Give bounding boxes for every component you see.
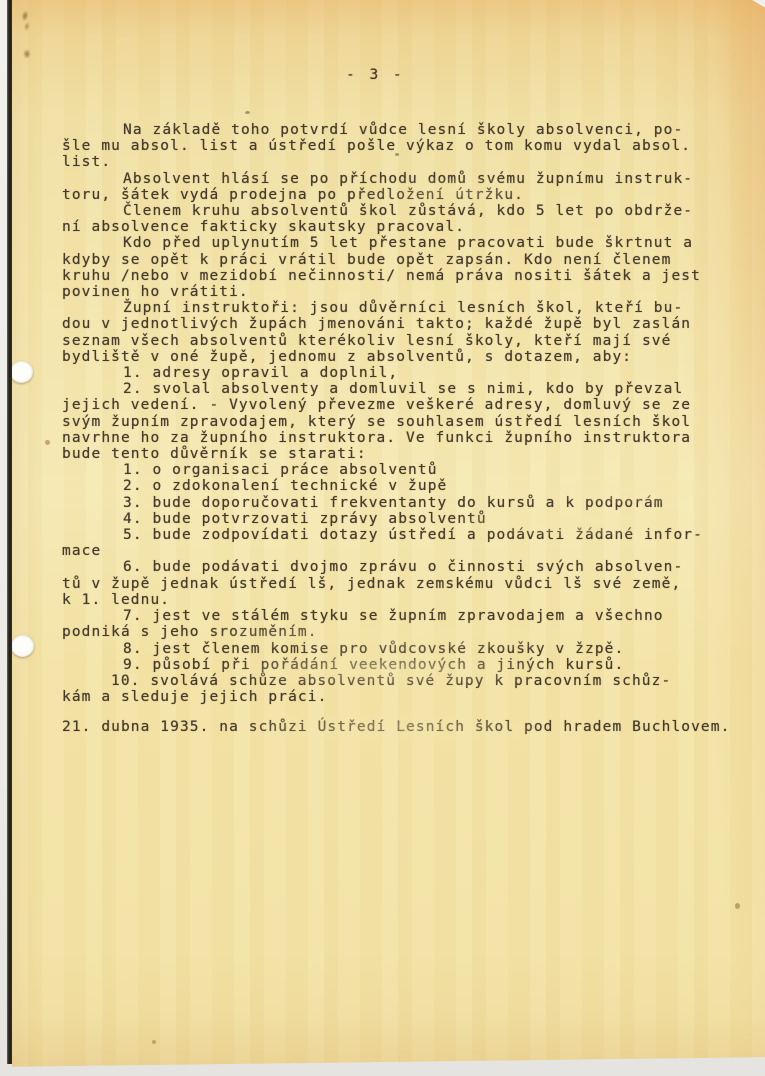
paper-sheet: - 3 - Na základě toho potvrdí vůdce lesn… bbox=[12, 0, 765, 1070]
document-text: Na základě toho potvrdí vůdce lesní škol… bbox=[62, 122, 703, 705]
text-line: 7. jest ve stálém styku se župním zpravo… bbox=[62, 608, 703, 624]
text-line: mace bbox=[62, 543, 703, 559]
text-line: tů v župě jednak ústředí lš, jednak zems… bbox=[62, 576, 703, 592]
text-line: 1. o organisaci práce absolventů bbox=[62, 462, 703, 478]
text-line: 9. působí při pořádání veekendových a ji… bbox=[62, 657, 703, 673]
text-line: povinen ho vrátiti. bbox=[62, 284, 703, 300]
paper-speck bbox=[245, 111, 250, 114]
date-line: 21. dubna 1935. na schůzi Ústředí Lesníc… bbox=[62, 719, 730, 735]
text-line: 4. bude potvrzovati zprávy absolventů bbox=[62, 511, 703, 527]
text-line: bydliště v oné župě, jednomu z absolvent… bbox=[62, 349, 703, 365]
paper-speck bbox=[395, 153, 399, 156]
text-line: k 1. lednu. bbox=[62, 592, 703, 608]
text-line: Na základě toho potvrdí vůdce lesní škol… bbox=[62, 122, 703, 138]
punch-hole bbox=[10, 361, 33, 383]
text-line: 3. bude doporučovati frekventanty do kur… bbox=[62, 495, 703, 511]
text-line: 10. svolává schůze absolventů své župy k… bbox=[62, 673, 703, 689]
text-line: šle mu absol. list a ústředí pošle výkaz… bbox=[62, 138, 703, 154]
text-line: toru, šátek vydá prodejna po předložení … bbox=[62, 187, 703, 203]
text-line: 8. jest členem komise pro vůdcovské zkou… bbox=[62, 641, 703, 657]
text-line: kdyby se opět k práci vrátil bude opět z… bbox=[62, 252, 703, 268]
scanned-document-page: - 3 - Na základě toho potvrdí vůdce lesn… bbox=[0, 0, 765, 1076]
text-line: kruhu /nebo v mezidobí nečinnosti/ nemá … bbox=[62, 268, 703, 284]
rust-dot bbox=[23, 49, 31, 59]
staple-mark bbox=[16, 8, 36, 35]
text-line: Absolvent hlásí se po příchodu domů svém… bbox=[62, 171, 703, 187]
text-line: kám a sleduje jejich práci. bbox=[62, 689, 703, 705]
text-line: 1. adresy opravil a doplnil, bbox=[62, 365, 703, 381]
text-line: Kdo před uplynutím 5 let přestane pracov… bbox=[62, 235, 703, 251]
text-line: 6. bude podávati dvojmo zprávu o činnost… bbox=[62, 559, 703, 575]
text-line: Župní instruktoři: jsou důvěrníci lesníc… bbox=[62, 300, 703, 316]
text-line: Členem kruhu absolventů škol zůstává, kd… bbox=[62, 203, 703, 219]
text-line: 2. svolal absolventy a domluvil se s nim… bbox=[62, 381, 703, 397]
page-number: - 3 - bbox=[346, 67, 405, 83]
text-line: dou v jednotlivých župách jmenováni takt… bbox=[62, 316, 703, 332]
paper-speck bbox=[152, 1040, 156, 1044]
text-line: podniká s jeho srozuměním. bbox=[62, 624, 703, 640]
text-line: seznam všech absolventů kterékoliv lesní… bbox=[62, 333, 703, 349]
text-line: navrhne ho za župního instruktora. Ve fu… bbox=[62, 430, 703, 446]
punch-hole bbox=[11, 635, 34, 657]
text-line: bude tento důvěrník se starati: bbox=[62, 446, 703, 462]
paper-speck bbox=[735, 903, 740, 909]
text-line: list. bbox=[62, 154, 703, 170]
text-line: jejich vedení. - Vyvolený převezme veške… bbox=[62, 397, 703, 413]
paper-speck bbox=[45, 440, 50, 445]
text-line: svým župním zpravodajem, který se souhla… bbox=[62, 414, 703, 430]
text-line: 2. o zdokonalení technické v župě bbox=[62, 478, 703, 494]
text-line: 5. bude zodpovídati dotazy ústředí a pod… bbox=[62, 527, 703, 543]
text-line: ní absolvence fakticky skautsky pracoval… bbox=[62, 219, 703, 235]
